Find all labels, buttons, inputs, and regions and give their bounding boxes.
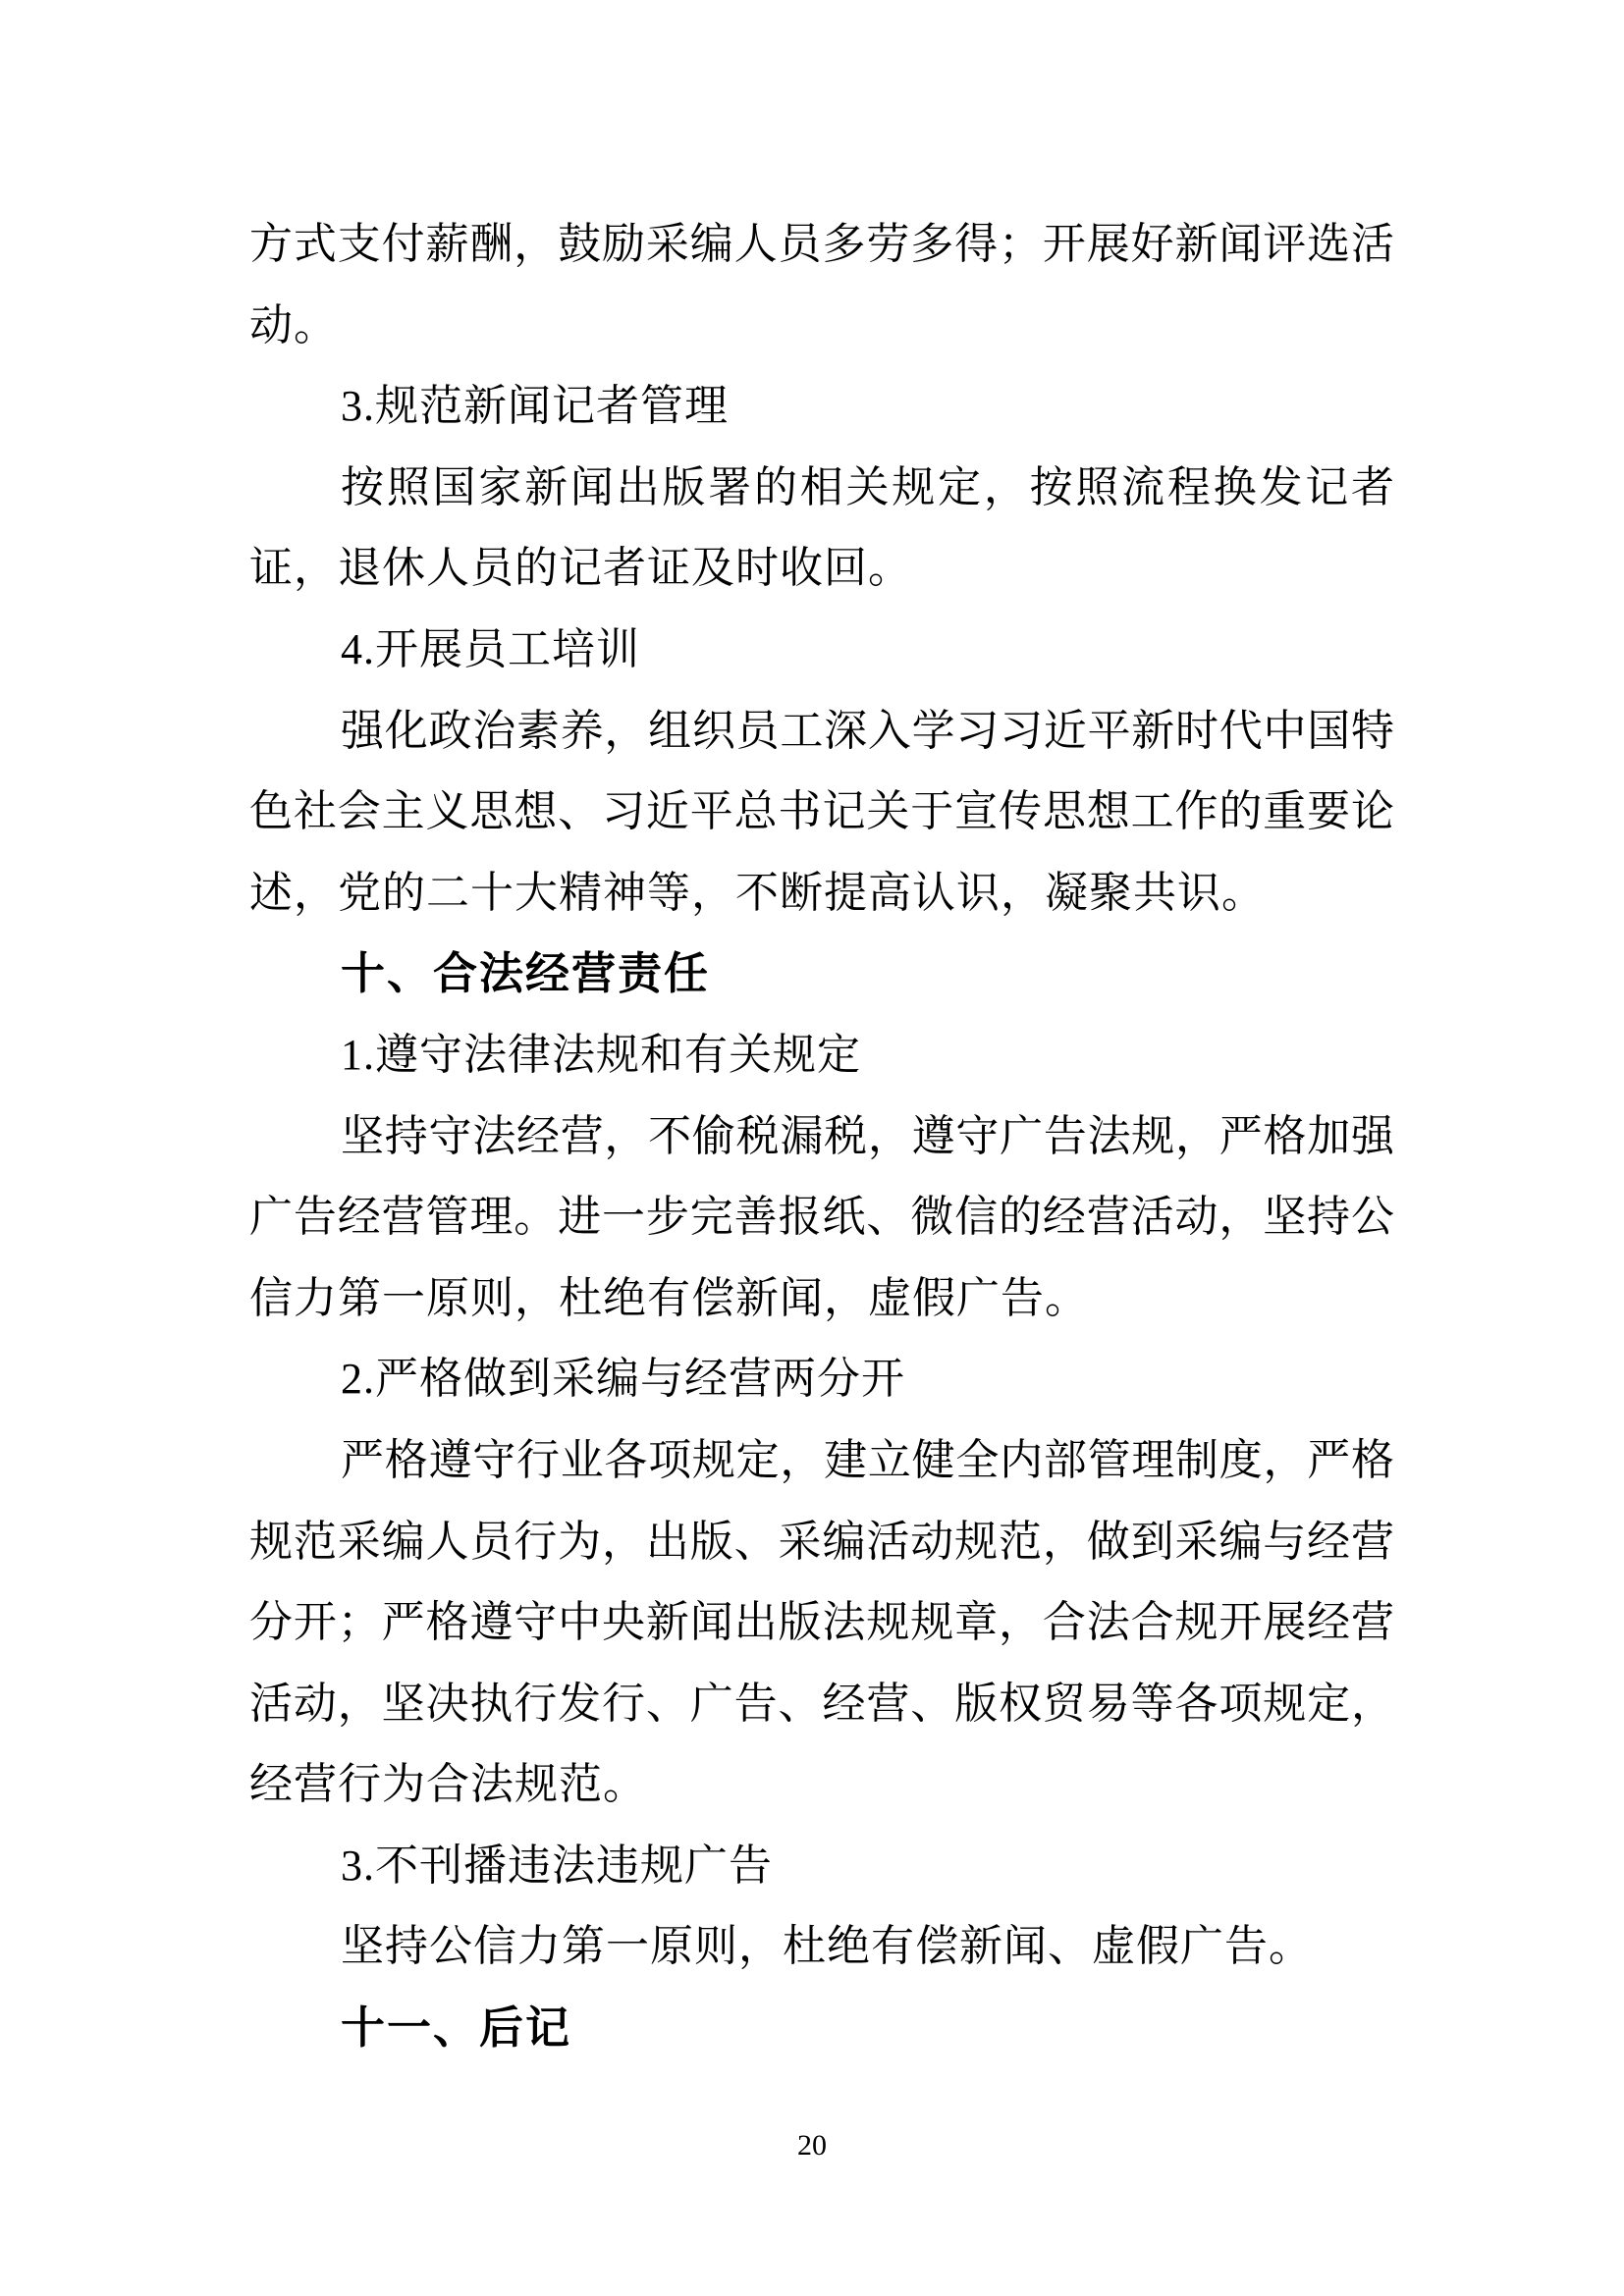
document-body: 方式支付薪酬，鼓励采编人员多劳多得；开展好新闻评选活动。3.规范新闻记者管理按照…: [249, 204, 1394, 2069]
section-heading: 十、合法经营责任: [249, 934, 1394, 1015]
sub-heading: 3.不刊播违法违规广告: [249, 1826, 1394, 1907]
text-line: 述，党的二十大精神等，不断提高认识，凝聚共识。: [249, 853, 1394, 934]
text-line: 严格遵守行业各项规定，建立健全内部管理制度，严格: [249, 1420, 1394, 1502]
text-line: 证，退休人员的记者证及时收回。: [249, 528, 1394, 610]
text-line: 方式支付薪酬，鼓励采编人员多劳多得；开展好新闻评选活: [249, 204, 1394, 286]
sub-heading: 3.规范新闻记者管理: [249, 366, 1394, 448]
text-line: 信力第一原则，杜绝有偿新闻，虚假广告。: [249, 1258, 1394, 1340]
document-page: 方式支付薪酬，鼓励采编人员多劳多得；开展好新闻评选活动。3.规范新闻记者管理按照…: [0, 0, 1624, 2296]
sub-heading: 2.严格做到采编与经营两分开: [249, 1339, 1394, 1420]
section-heading: 十一、后记: [249, 1988, 1394, 2069]
text-line: 广告经营管理。进一步完善报纸、微信的经营活动，坚持公: [249, 1177, 1394, 1258]
text-line: 规范采编人员行为，出版、采编活动规范，做到采编与经营: [249, 1502, 1394, 1583]
text-line: 分开；严格遵守中央新闻出版法规规章，合法合规开展经营: [249, 1582, 1394, 1664]
text-line: 强化政治素养，组织员工深入学习习近平新时代中国特: [249, 691, 1394, 773]
sub-heading: 4.开展员工培训: [249, 610, 1394, 691]
text-line: 经营行为合法规范。: [249, 1744, 1394, 1826]
page-number: 20: [0, 2128, 1624, 2163]
text-line: 坚持公信力第一原则，杜绝有偿新闻、虚假广告。: [249, 1906, 1394, 1988]
text-line: 色社会主义思想、习近平总书记关于宣传思想工作的重要论: [249, 772, 1394, 853]
text-line: 活动，坚决执行发行、广告、经营、版权贸易等各项规定，: [249, 1664, 1394, 1745]
text-line: 动。: [249, 286, 1394, 367]
text-line: 按照国家新闻出版署的相关规定，按照流程换发记者: [249, 448, 1394, 529]
sub-heading: 1.遵守法律法规和有关规定: [249, 1015, 1394, 1096]
text-line: 坚持守法经营，不偷税漏税，遵守广告法规，严格加强: [249, 1096, 1394, 1178]
